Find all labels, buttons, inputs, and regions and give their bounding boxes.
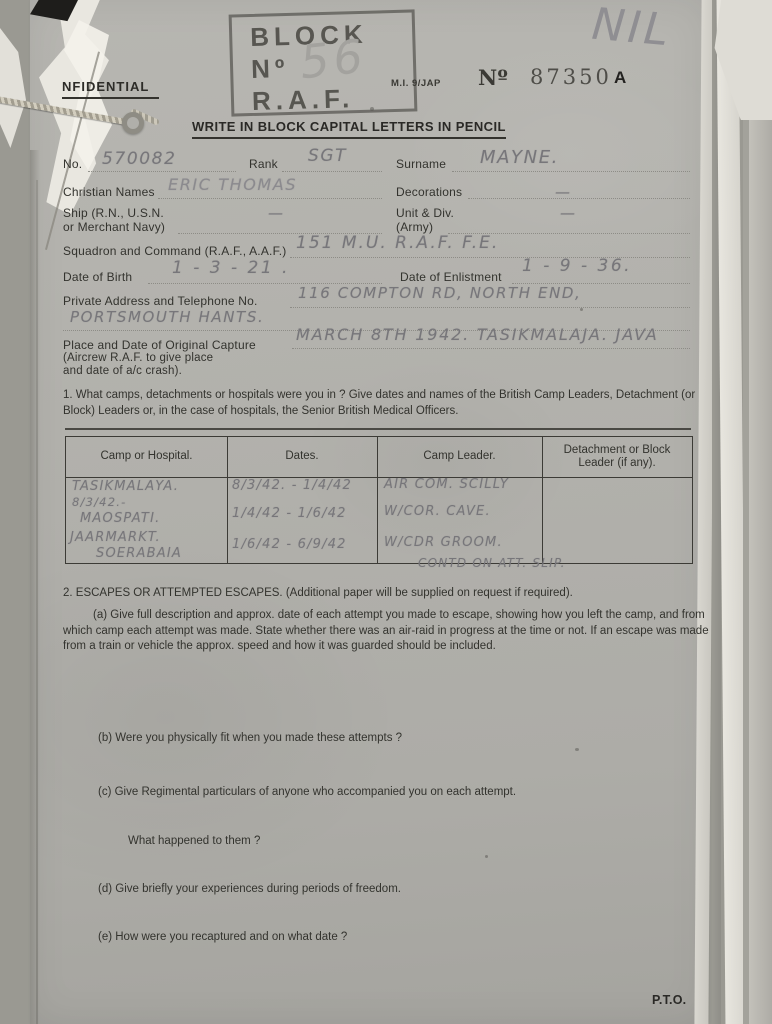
- decorations-value: —: [555, 183, 572, 201]
- stamp-pencil-number: 56: [297, 29, 369, 90]
- table-header-leader: Camp Leader.: [377, 437, 542, 477]
- question-d: (d) Give briefly your experiences during…: [98, 882, 658, 898]
- paper-speck: [575, 748, 579, 751]
- date-of-birth-value: 1 - 3 - 21 .: [172, 258, 290, 278]
- decorations-label: Decorations: [396, 185, 462, 199]
- christian-names-value: ERIC THOMAS: [168, 175, 297, 194]
- dates-2: 1/4/42 - 1/6/42: [232, 506, 347, 521]
- question-1-text: 1. What camps, detachments or hospitals …: [63, 388, 703, 419]
- nil-pencil-note: NIL: [590, 0, 674, 56]
- binding-eyelet: [122, 112, 144, 134]
- capture-label-line1: Place and Date of Original Capture: [63, 338, 256, 352]
- unit-label-line2: (Army): [396, 220, 433, 234]
- table-header-rule: [66, 477, 692, 478]
- capture-label-line3: and date of a/c crash).: [63, 365, 182, 377]
- confidential-label: NFIDENTIAL: [62, 79, 159, 99]
- squadron-label: Squadron and Command (R.A.F., A.A.F.): [63, 244, 287, 258]
- question-c-followup: What happened to them ?: [128, 834, 528, 850]
- page-fold-crease: [36, 180, 38, 1024]
- rank-value: SGT: [308, 146, 347, 166]
- address-label: Private Address and Telephone No.: [63, 294, 258, 308]
- surname-value: MAYNE.: [480, 147, 559, 168]
- camp-3: JAARMARKT.: [70, 530, 161, 545]
- capture-label-line2: (Aircrew R.A.F. to give place: [63, 352, 213, 364]
- table-continuation-note: CONTD ON ATT. SLIP.: [418, 556, 566, 570]
- unit-value: —: [560, 204, 577, 222]
- table-header-dates: Dates.: [227, 437, 377, 477]
- unit-label-line1: Unit & Div.: [396, 206, 454, 220]
- leader-1: AIR COM. SCILLY: [384, 477, 509, 492]
- leader-3: W/CDR GROOM.: [384, 535, 503, 550]
- page-edge-strip: [749, 0, 772, 1024]
- table-header-camp: Camp or Hospital.: [66, 437, 227, 477]
- enlistment-label: Date of Enlistment: [400, 270, 502, 284]
- ship-label-line1: Ship (R.N., U.S.N.: [63, 206, 164, 220]
- scanned-document: NFIDENTIAL BLOCK Nº R.A.F. 56 M.I. 9/JAP…: [0, 0, 772, 1024]
- mi9-label: M.I. 9/JAP: [391, 78, 441, 89]
- page-fold-shade: [30, 150, 40, 1024]
- serial-no-symbol: Nº: [478, 65, 508, 90]
- paper-speck: [370, 107, 374, 111]
- surname-label: Surname: [396, 157, 446, 171]
- leader-2: W/COR. CAVE.: [384, 504, 491, 519]
- pto-label: P.T.O.: [652, 993, 686, 1007]
- camp-1: TASIKMALAYA.: [72, 479, 179, 494]
- serial-number: 87350: [530, 65, 612, 89]
- camp-2: MAOSPATI.: [80, 511, 160, 526]
- ship-label-line2: or Merchant Navy): [63, 220, 165, 234]
- camp-1-date: 8/3/42.-: [72, 495, 126, 509]
- rank-label: Rank: [249, 157, 278, 171]
- address-value-line2: PORTSMOUTH HANTS.: [70, 308, 264, 326]
- question-c: (c) Give Regimental particulars of anyon…: [98, 785, 678, 801]
- address-value-line1: 116 COMPTON RD, NORTH END,: [298, 284, 581, 302]
- squadron-value: 151 M.U. R.A.F. F.E.: [296, 233, 499, 253]
- no-label: No.: [63, 157, 82, 171]
- no-value: 570082: [102, 149, 177, 169]
- ship-value: —: [268, 204, 285, 222]
- table-header-detachment: Detachment or Block Leader (if any).: [542, 437, 692, 477]
- instruction-heading: WRITE IN BLOCK CAPITAL LETTERS IN PENCIL: [192, 119, 506, 139]
- torn-paper-left: [0, 28, 26, 148]
- date-of-birth-label: Date of Birth: [63, 270, 132, 284]
- section-2a-text: (a) Give full description and approx. da…: [63, 608, 711, 655]
- paper-speck: [485, 855, 488, 858]
- camp-3-location: SOERABAIA: [96, 546, 182, 561]
- capture-value: MARCH 8TH 1942. TASIKMALAJA. JAVA: [296, 325, 659, 344]
- question-e: (e) How were you recaptured and on what …: [98, 930, 658, 946]
- serial-suffix: A: [614, 68, 626, 88]
- enlistment-value: 1 - 9 - 36.: [522, 256, 632, 276]
- paper-speck: [580, 308, 583, 311]
- dates-1: 8/3/42. - 1/4/42: [232, 478, 352, 493]
- question-b: (b) Were you physically fit when you mad…: [98, 731, 658, 747]
- christian-names-label: Christian Names: [63, 185, 155, 199]
- dates-3: 1/6/42 - 6/9/42: [232, 537, 347, 552]
- section-2-heading: 2. ESCAPES OR ATTEMPTED ESCAPES. (Additi…: [63, 586, 708, 602]
